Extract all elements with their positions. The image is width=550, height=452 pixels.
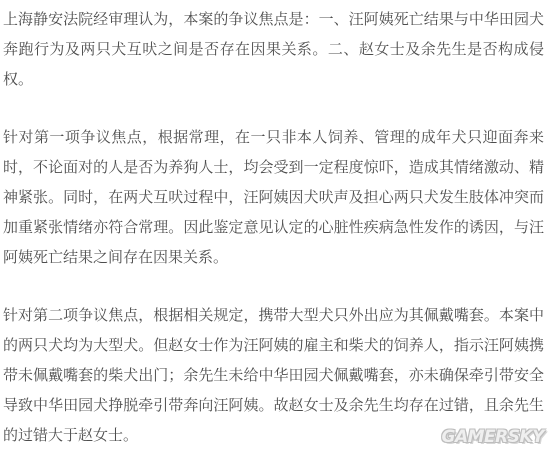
paragraph-first-issue: 针对第一项争议焦点，根据常理，在一只非本人饲养、管理的成年犬只迎面奔来时，不论面… bbox=[3, 122, 544, 272]
gamersky-watermark: GAMERSKY bbox=[442, 427, 544, 447]
article-page: { "page": { "background": "#ffffff", "te… bbox=[0, 0, 550, 452]
paragraph-dispute-focus: 上海静安法院经审理认为，本案的争议焦点是：一、汪阿姨死亡结果与中华田园犬奔跑行为… bbox=[3, 4, 544, 94]
article-body: 上海静安法院经审理认为，本案的争议焦点是：一、汪阿姨死亡结果与中华田园犬奔跑行为… bbox=[3, 4, 544, 450]
